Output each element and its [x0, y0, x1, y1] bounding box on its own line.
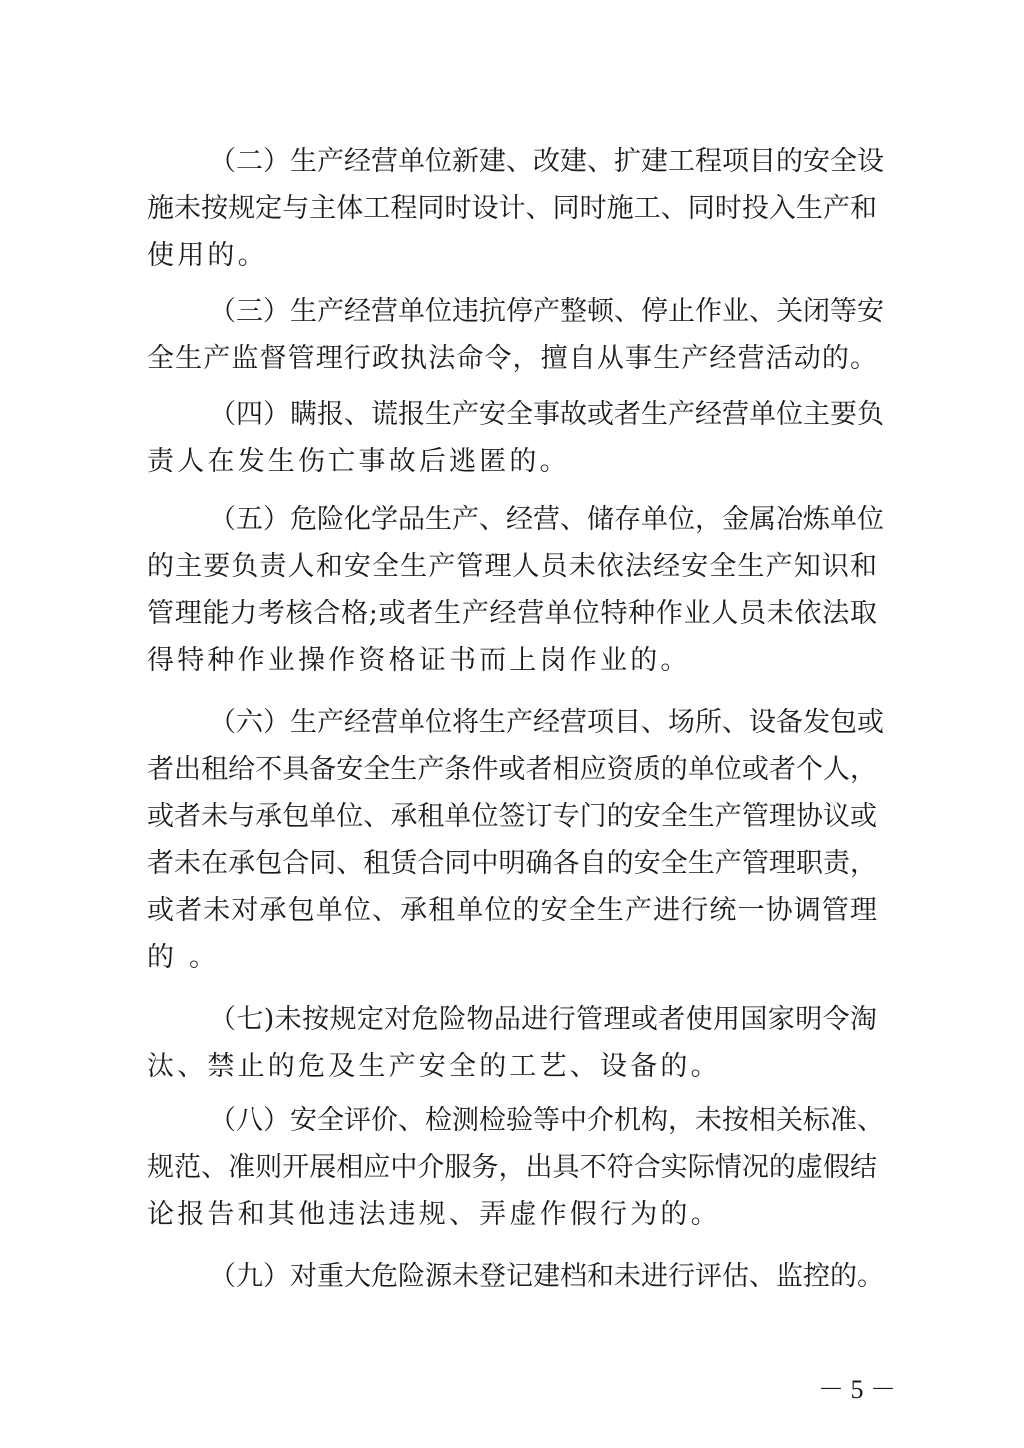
paragraph-9-line-1: （九）对重大危险源未登记建档和未进行评估、监控的。: [209, 1257, 877, 1297]
paragraph-8-line-2: 规范、准则开展相应中介服务，出具不符合实际情况的虚假结: [147, 1148, 877, 1188]
page-number: － 5 －: [818, 1372, 880, 1408]
paragraph-8-line-3: 论报告和其他违法违规、弄虚作假行为的。: [147, 1195, 877, 1235]
paragraph-4-line-1: （四）瞒报、谎报生产安全事故或者生产经营单位主要负: [209, 395, 877, 435]
paragraph-6-line-4: 者未在承包合同、租赁合同中明确各自的安全生产管理职责，: [147, 844, 877, 884]
paragraph-3-line-2: 全生产监督管理行政执法命令，擅自从事生产经营活动的。: [147, 339, 877, 379]
paragraph-6-line-3: 或者未与承包单位、承租单位签订专门的安全生产管理协议或: [147, 797, 877, 837]
paragraph-2-line-3: 使用的。: [147, 236, 877, 276]
paragraph-5-line-2: 的主要负责人和安全生产管理人员未依法经安全生产知识和: [147, 547, 877, 587]
paragraph-7-line-2: 汰、禁止的危及生产安全的工艺、设备的。: [147, 1047, 877, 1087]
paragraph-7-line-1: （七)未按规定对危险物品进行管理或者使用国家明令淘: [209, 1000, 877, 1040]
paragraph-6-line-6: 的 。: [147, 938, 877, 978]
paragraph-8-line-1: （八）安全评价、检测检验等中介机构，未按相关标准、: [209, 1101, 877, 1141]
paragraph-5-line-3: 管理能力考核合格;或者生产经营单位特种作业人员未依法取: [147, 594, 877, 634]
paragraph-3-line-1: （三）生产经营单位违抗停产整顿、停止作业、关闭等安: [209, 292, 877, 332]
paragraph-6-line-1: （六）生产经营单位将生产经营项目、场所、设备发包或: [209, 703, 877, 743]
paragraph-2-line-1: （二）生产经营单位新建、改建、扩建工程项目的安全设: [209, 142, 877, 182]
paragraph-5-line-4: 得特种作业操作资格证书而上岗作业的。: [147, 641, 877, 681]
paragraph-4-line-2: 责人在发生伤亡事故后逃匿的。: [147, 442, 877, 482]
paragraph-6-line-2: 者出租给不具备安全生产条件或者相应资质的单位或者个人，: [147, 750, 877, 790]
paragraph-5-line-1: （五）危险化学品生产、经营、储存单位，金属冶炼单位: [209, 500, 877, 540]
paragraph-2-line-2: 施未按规定与主体工程同时设计、同时施工、同时投入生产和: [147, 189, 877, 229]
document-page: （二）生产经营单位新建、改建、扩建工程项目的安全设 施未按规定与主体工程同时设计…: [0, 0, 1024, 1448]
paragraph-6-line-5: 或者未对承包单位、承租单位的安全生产进行统一协调管理: [147, 891, 877, 931]
